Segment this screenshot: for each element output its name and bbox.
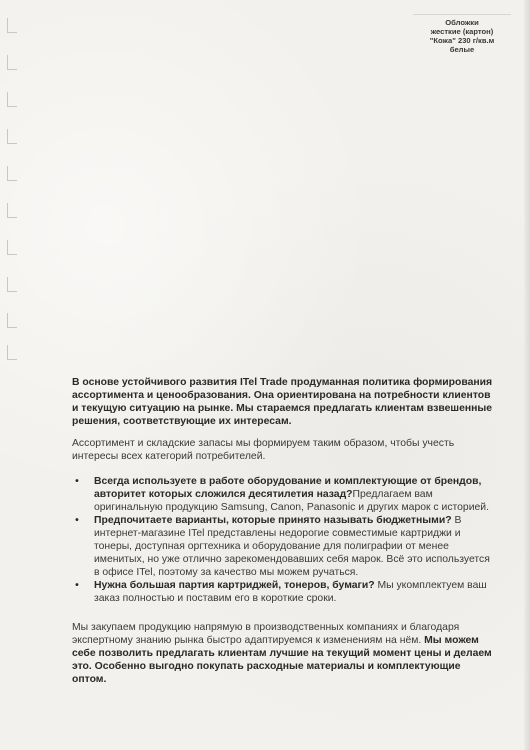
label-line: жесткие (картон) — [413, 27, 511, 36]
binding-mark — [7, 345, 17, 360]
label-line: белые — [413, 45, 511, 54]
document-body: В основе устойчивого развития ITel Trade… — [72, 376, 497, 686]
assortment-paragraph: Ассортимент и складские запасы мы формир… — [72, 437, 497, 463]
binding-mark — [7, 18, 17, 33]
bullet-question: Предпочитаете варианты, которые принято … — [94, 515, 452, 526]
binding-mark — [7, 313, 17, 328]
page-edge-shadow — [524, 0, 530, 750]
bullet-list: • Всегда используете в работе оборудован… — [72, 475, 497, 605]
binding-mark — [7, 166, 17, 181]
label-line: "Кожа" 230 г/кв.м — [413, 36, 511, 45]
list-item: • Нужна большая партия картриджей, тонер… — [72, 579, 497, 605]
closing-text: Мы закупаем продукцию напрямую в произво… — [72, 622, 459, 646]
label-line: Обложки — [413, 18, 511, 27]
binding-mark — [7, 92, 17, 107]
intro-paragraph: В основе устойчивого развития ITel Trade… — [72, 376, 497, 428]
binding-mark — [7, 129, 17, 144]
binding-mark — [7, 277, 17, 292]
binding-mark — [7, 55, 17, 70]
bullet-question: Нужна большая партия картриджей, тонеров… — [94, 580, 375, 591]
closing-paragraph: Мы закупаем продукцию напрямую в произво… — [72, 621, 497, 686]
bullet-icon: • — [72, 579, 82, 592]
bullet-icon: • — [72, 514, 82, 527]
binding-mark — [7, 240, 17, 255]
list-item: • Предпочитаете варианты, которые принят… — [72, 514, 497, 579]
list-item: • Всегда используете в работе оборудован… — [72, 475, 497, 514]
product-label: Обложки жесткие (картон) "Кожа" 230 г/кв… — [413, 14, 511, 54]
bullet-icon: • — [72, 475, 82, 488]
binding-marks — [7, 0, 21, 370]
binding-mark — [7, 203, 17, 218]
